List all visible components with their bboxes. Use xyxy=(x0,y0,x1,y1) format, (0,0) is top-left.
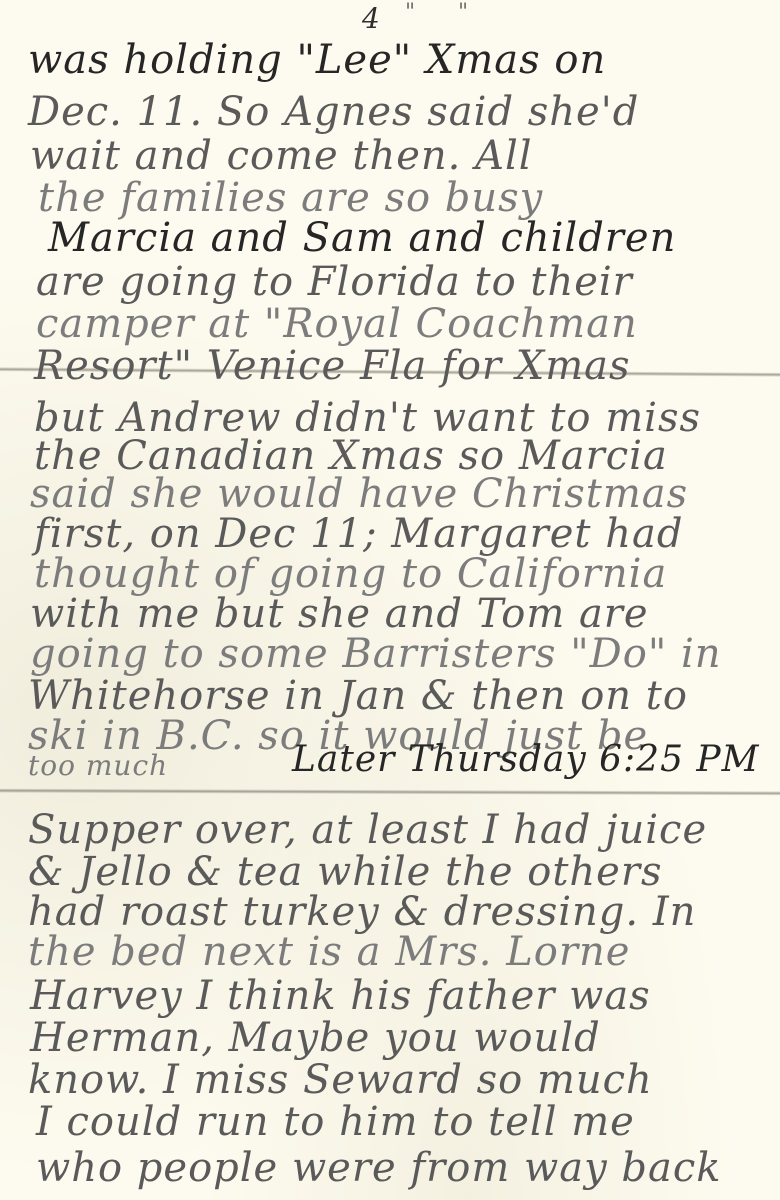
entry-heading: Later Thursday 6:25 PM xyxy=(292,742,760,778)
letter-line: Herman, Maybe you would xyxy=(30,1018,601,1058)
ditto-mark: " xyxy=(458,0,468,25)
letter-line: too much xyxy=(28,752,168,780)
letter-line: had roast turkey & dressing. In xyxy=(28,892,696,932)
letter-line: going to some Barristers "Do" in xyxy=(30,634,722,674)
page-number: 4 xyxy=(362,2,380,35)
letter-line: camper at "Royal Coachman xyxy=(36,304,638,344)
letter-line: Whitehorse in Jan & then on to xyxy=(28,676,688,716)
letter-line: & Jello & tea while the others xyxy=(28,852,662,892)
letter-line: said she would have Christmas xyxy=(30,474,688,514)
ditto-mark: " xyxy=(405,0,415,25)
letter-line: Resort" Venice Fla for Xmas xyxy=(34,346,631,386)
paper-fold-line xyxy=(0,789,780,796)
letter-line: but Andrew didn't want to miss xyxy=(34,398,701,438)
letter-line: who people were from way back xyxy=(36,1148,722,1188)
letter-line: wait and come then. All xyxy=(30,136,533,176)
letter-line: thought of going to California xyxy=(34,554,667,594)
letter-line: Marcia and Sam and children xyxy=(48,218,676,258)
letter-line: Dec. 11. So Agnes said she'd xyxy=(28,92,639,132)
letter-page: 4 " " was holding "Lee" Xmas on Dec. 11.… xyxy=(0,0,780,1200)
letter-line: Harvey I think his father was xyxy=(30,976,651,1016)
letter-line: first, on Dec 11; Margaret had xyxy=(34,514,683,554)
letter-line: was holding "Lee" Xmas on xyxy=(28,40,606,80)
letter-line: the families are so busy xyxy=(38,178,543,218)
letter-line: with me but she and Tom are xyxy=(30,594,649,634)
letter-line: the bed next is a Mrs. Lorne xyxy=(28,932,630,972)
letter-line: the Canadian Xmas so Marcia xyxy=(34,436,668,476)
letter-line: I could run to him to tell me xyxy=(36,1102,635,1142)
letter-line: know. I miss Seward so much xyxy=(28,1060,653,1100)
letter-line: Supper over, at least I had juice xyxy=(28,810,707,850)
letter-line: are going to Florida to their xyxy=(36,262,633,302)
